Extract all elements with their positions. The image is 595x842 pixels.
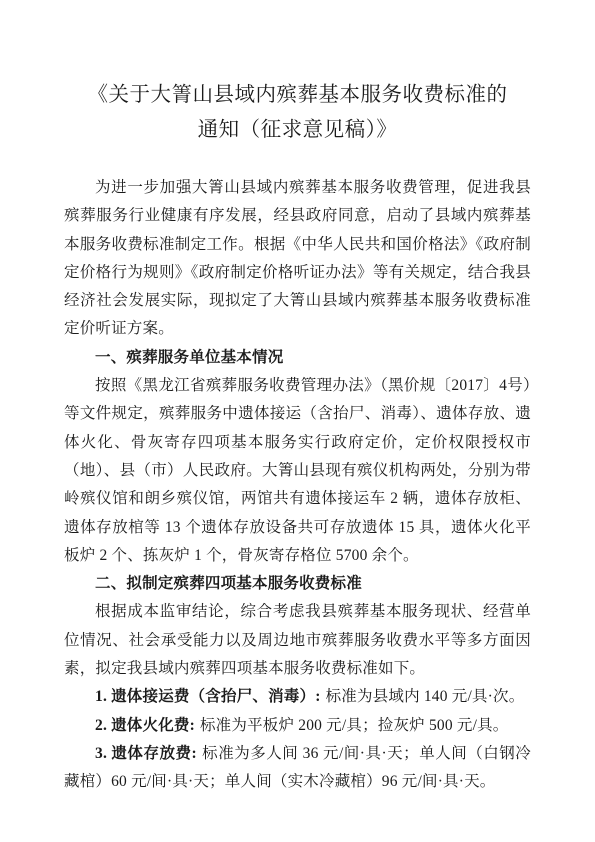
intro-paragraph: 为进一步加强大箐山县域内殡葬基本服务收费管理，促进我县殡葬服务行业健康有序发展，…: [64, 174, 531, 344]
section-2-body: 根据成本监审结论，综合考虑我县殡葬基本服务现状、经营单位情况、社会承受能力以及周…: [64, 598, 531, 683]
fee-item-storage-label: 3. 遗体存放费:: [95, 745, 197, 762]
document-page: 《关于大箐山县域内殡葬基本服务收费标准的 通知（征求意见稿）》 为进一步加强大箐…: [0, 0, 595, 842]
fee-item-transport-label: 1. 遗体接运费（含抬尸、消毒）:: [95, 688, 321, 705]
fee-item-body-storage: 3. 遗体存放费:标准为多人间 36 元/间·具·天；单人间（白钢冷藏棺）60 …: [64, 740, 531, 797]
fee-item-body-transport: 1. 遗体接运费（含抬尸、消毒）:标准为县域内 140 元/具·次。: [64, 683, 531, 711]
section-2-heading: 二、拟制定殡葬四项基本服务收费标准: [64, 570, 531, 598]
title-line-1: 《关于大箐山县域内殡葬基本服务收费标准的: [64, 78, 531, 113]
fee-item-cremation-text: 标准为平板炉 200 元/具；捡灰炉 500 元/具。: [200, 717, 509, 734]
section-1-heading: 一、殡葬服务单位基本情况: [64, 344, 531, 372]
title-line-2: 通知（征求意见稿）》: [64, 113, 531, 148]
fee-item-body-cremation: 2. 遗体火化费:标准为平板炉 200 元/具；捡灰炉 500 元/具。: [64, 712, 531, 740]
document-title: 《关于大箐山县域内殡葬基本服务收费标准的 通知（征求意见稿）》: [64, 78, 531, 148]
section-1-body: 按照《黑龙江省殡葬服务收费管理办法》（黑价规〔2017〕4号）等文件规定，殡葬服…: [64, 372, 531, 570]
fee-item-transport-text: 标准为县域内 140 元/具·次。: [326, 688, 525, 705]
fee-item-cremation-label: 2. 遗体火化费:: [95, 717, 195, 734]
